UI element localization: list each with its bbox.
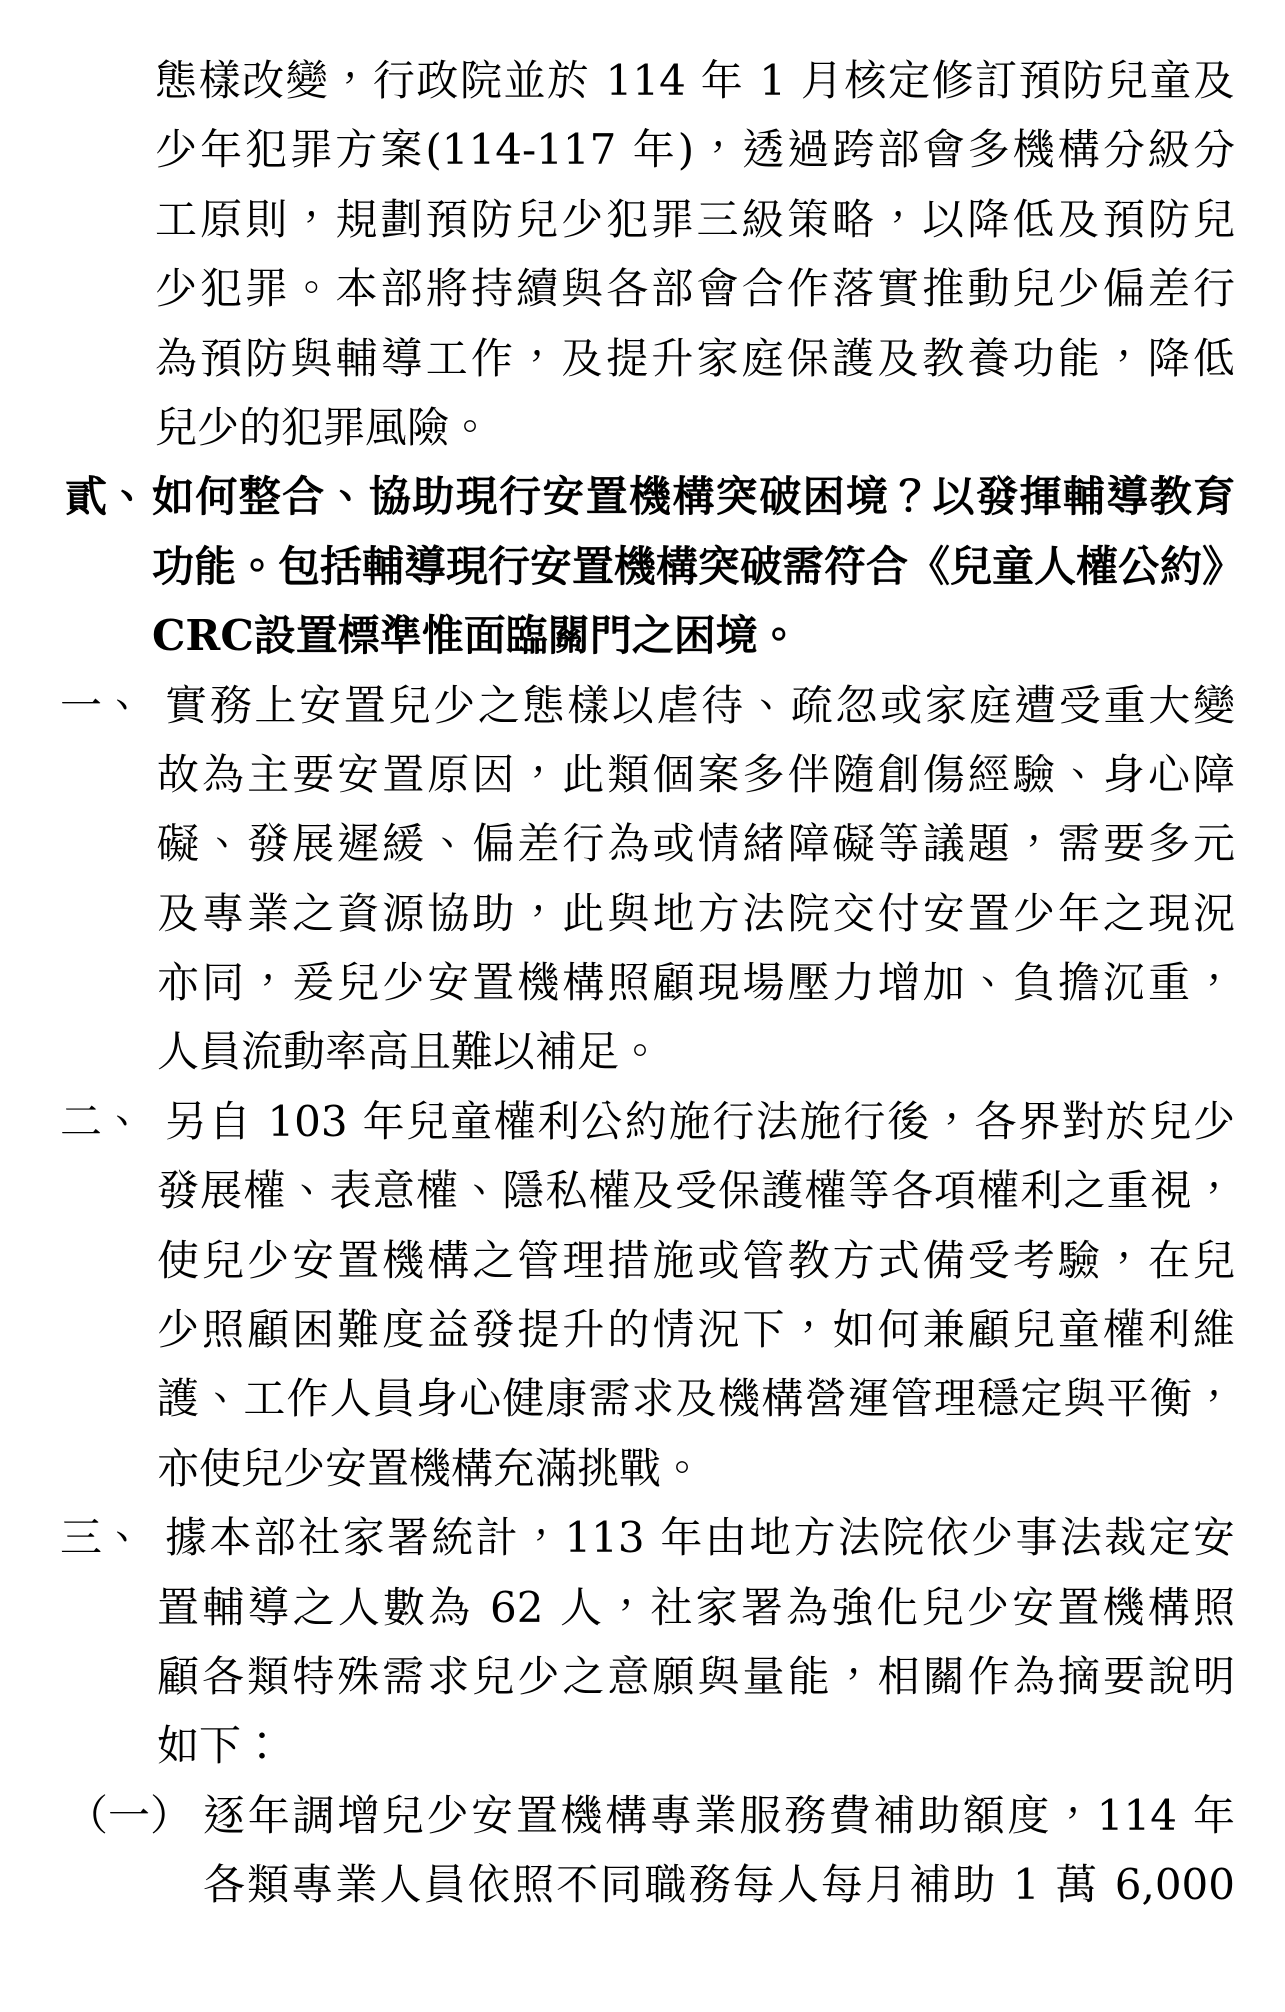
list-item-line: 顧各類特殊需求兒少之意願與量能，相關作為摘要說明 (0, 1642, 1235, 1711)
sub-item-line: （一） 逐年調增兒少安置機構專業服務費補助額度，114 年 (0, 1781, 1235, 1850)
list-item-line: 一、 實務上安置兒少之態樣以虐待、疏忽或家庭遭受重大變 (0, 671, 1235, 740)
list-item-marker: 三、 (60, 1503, 165, 1572)
list-item-line: 人員流動率高且難以補足。 (0, 1017, 1235, 1086)
paragraph-line: 兒少的犯罪風險。 (0, 393, 1235, 462)
list-item-line: 礙、發展遲緩、偏差行為或情緒障礙等議題，需要多元 (0, 809, 1235, 878)
list-item-text: 據本部社家署統計，113 年由地方法院依少事法裁定安 (165, 1503, 1235, 1572)
paragraph-line: 少年犯罪方案(114-117 年)，透過跨部會多機構分級分 (0, 115, 1235, 184)
sub-item-marker: （一） (66, 1781, 203, 1850)
section-heading-line: 貳、 如何整合、協助現行安置機構突破困境？以發揮輔導教育 (0, 462, 1235, 531)
list-item-marker: 二、 (60, 1087, 165, 1156)
list-item-text: 另自 103 年兒童權利公約施行法施行後，各界對於兒少 (165, 1087, 1235, 1156)
section-heading-text: 如何整合、協助現行安置機構突破困境？以發揮輔導教育 (152, 462, 1235, 531)
list-item-line: 置輔導之人數為 62 人，社家署為強化兒少安置機構照 (0, 1573, 1235, 1642)
list-item-marker: 一、 (60, 671, 165, 740)
document-page: 態樣改變，行政院並於 114 年 1 月核定修訂預防兒童及 少年犯罪方案(114… (0, 0, 1285, 2012)
sub-item-text: 逐年調增兒少安置機構專業服務費補助額度，114 年 (203, 1781, 1235, 1850)
list-item-line: 三、 據本部社家署統計，113 年由地方法院依少事法裁定安 (0, 1503, 1235, 1572)
list-item-line: 護、工作人員身心健康需求及機構營運管理穩定與平衡， (0, 1364, 1235, 1433)
sub-item-line: 各類專業人員依照不同職務每人每月補助 1 萬 6,000 (0, 1850, 1235, 1919)
paragraph-line: 少犯罪。本部將持續與各部會合作落實推動兒少偏差行 (0, 254, 1235, 323)
list-item-line: 故為主要安置原因，此類個案多伴隨創傷經驗、身心障 (0, 740, 1235, 809)
section-heading-marker: 貳、 (65, 462, 152, 531)
list-item-line: 少照顧困難度益發提升的情況下，如何兼顧兒童權利維 (0, 1295, 1235, 1364)
paragraph-line: 為預防與輔導工作，及提升家庭保護及教養功能，降低 (0, 324, 1235, 393)
list-item-line: 亦使兒少安置機構充滿挑戰。 (0, 1434, 1235, 1503)
list-item-line: 二、 另自 103 年兒童權利公約施行法施行後，各界對於兒少 (0, 1087, 1235, 1156)
list-item-line: 發展權、表意權、隱私權及受保護權等各項權利之重視， (0, 1156, 1235, 1225)
paragraph-line: 態樣改變，行政院並於 114 年 1 月核定修訂預防兒童及 (0, 46, 1235, 115)
paragraph-line: 工原則，規劃預防兒少犯罪三級策略，以降低及預防兒 (0, 185, 1235, 254)
section-heading-line: CRC設置標準惟面臨關門之困境。 (0, 601, 1235, 670)
list-item-line: 及專業之資源協助，此與地方法院交付安置少年之現況 (0, 879, 1235, 948)
list-item-text: 實務上安置兒少之態樣以虐待、疏忽或家庭遭受重大變 (165, 671, 1235, 740)
list-item-line: 亦同，爰兒少安置機構照顧現場壓力增加、負擔沉重， (0, 948, 1235, 1017)
section-heading-line: 功能。包括輔導現行安置機構突破需符合《兒童人權公約》 (0, 532, 1235, 601)
list-item-line: 使兒少安置機構之管理措施或管教方式備受考驗，在兒 (0, 1226, 1235, 1295)
list-item-line: 如下： (0, 1711, 1235, 1780)
